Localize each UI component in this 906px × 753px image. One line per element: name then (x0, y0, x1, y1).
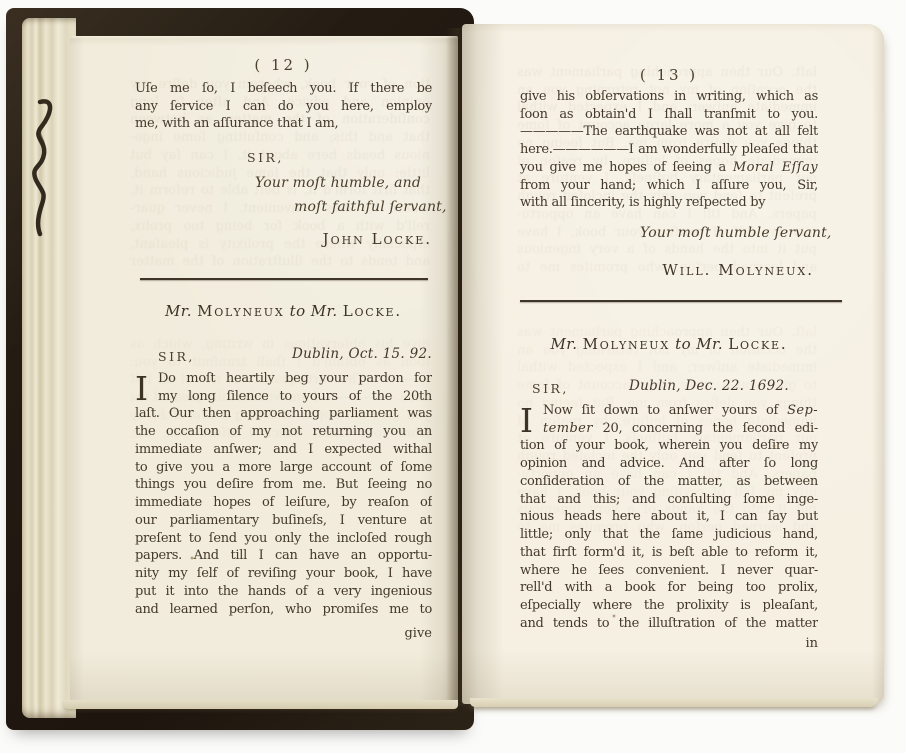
section-rule (140, 278, 428, 280)
text-line: conſideration of the matter, as between (520, 473, 818, 491)
text-line: things you deſire from me. But ſeeing no (135, 476, 432, 494)
text-line: —————The earthquake was not at all felt (520, 123, 818, 141)
catchword: in (805, 636, 818, 651)
text-line: from your hand; which I aſſure you, Sir, (520, 177, 818, 195)
signature-will-molyneux: Will. Molyneux. (662, 261, 814, 279)
page-bottom-edge (470, 698, 878, 707)
text-line: nious heads here about it, I can ſay but (520, 508, 818, 526)
foxing-speck (772, 444, 776, 448)
closing-paragraph: give his obſervations in writing, which … (520, 88, 818, 194)
text-line: nity my ſelf of reviſing your book, I ha… (135, 565, 432, 583)
letter-body-lines: tion of your book, wherein you deſire my… (520, 437, 818, 632)
text-line: preſent to ſend you only the incloſed ro… (135, 530, 432, 548)
closing-paragraph-last-line: me, with an aſſurance that I am, (135, 115, 432, 133)
text-line: give his obſervations in writing, which … (520, 88, 818, 106)
letter-body-indented-lines: Do moſt heartily beg your pardon formy l… (135, 370, 432, 405)
text-line: any ſervice I can do you here, employ (135, 98, 432, 116)
text-line: and learned perſon, who promiſes me to (135, 601, 432, 619)
text-line: put it into the hands of a very ingeniou… (517, 241, 817, 259)
text-line: immediate hopes of leiſure, by reaſon of (135, 494, 432, 512)
dateline: Dublin, Dec. 22. 1692. (629, 378, 789, 394)
text-line: our parliamentary buſineſs, I venture at (135, 512, 432, 530)
text-line: that and this; and conſulting ſome inge- (520, 491, 818, 509)
salutation: SIR, (532, 381, 569, 396)
text-line: little; only that the ſame judicious han… (520, 526, 818, 544)
letter-body: I Now ſit down to anſwer yours of Sep-te… (520, 402, 818, 633)
text-line: the occaſion of my not returning you an (135, 423, 432, 441)
letter-body-lines: laſt. Our then approaching parliament wa… (135, 405, 432, 618)
foxing-speck (190, 556, 194, 560)
book-photo: tion of your book, wherein you deſire my… (0, 0, 906, 753)
closing-paragraph: Uſe me ſo, I beſeech you. If there beany… (135, 80, 432, 115)
letter-heading: Mr. Molyneux to Mr. Locke. (520, 335, 818, 353)
text-line: Now ſit down to anſwer yours of Sep- (543, 402, 818, 420)
section-rule (520, 300, 842, 302)
salutation: SIR, (158, 349, 195, 364)
page-number: ( 13 ) (520, 66, 818, 84)
text-line: here.——————I am wonderfully pleaſed that (520, 141, 818, 159)
text-line: tember 20, concerning the ſecond edi- (543, 420, 818, 438)
text-line: that firſt form'd it, is beſt able to re… (520, 544, 818, 562)
text-line: to give you a more large account of ſome (135, 459, 432, 477)
catchword: give (404, 626, 432, 641)
text-line: and tends to the illuſtration of the mat… (520, 615, 818, 633)
page-bottom-edge (62, 700, 458, 709)
letter-heading: Mr. Molyneux to Mr. Locke. (135, 302, 432, 320)
salutation: SIR, (247, 150, 284, 165)
text-line: papers. And till I can have an opportu- (135, 547, 432, 565)
text-line: and tends to the illuſtration of the mat… (130, 253, 430, 271)
text-line: immediate anſwer; and I expected withal (135, 441, 432, 459)
letter-body-indented-lines: Now ſit down to anſwer yours of Sep-temb… (520, 402, 818, 437)
ribbon-mark (16, 96, 76, 256)
foxing-speck (612, 614, 616, 618)
text-line: ſoon as obtain'd I ſhall tranſmit to you… (520, 106, 818, 124)
valediction: Your moſt humble ſervant, (640, 225, 832, 241)
valediction-line-2: moſt faithful ſervant, (294, 199, 447, 215)
valediction-line-1: Your moſt humble, and (255, 175, 421, 191)
text-line: eſpecially where the prolixity is pleaſa… (520, 597, 818, 615)
text-line: immediate anſwer; and I expected withal (517, 359, 817, 377)
page-number: ( 12 ) (135, 56, 432, 74)
text-line: Do moſt heartily beg your pardon for (158, 370, 432, 388)
text-line: laſt. Our then approaching parliament wa… (135, 405, 432, 423)
dateline: Dublin, Oct. 15. 92. (292, 346, 432, 362)
text-line: you give me hopes of ſeeing a Moral Eſſa… (520, 159, 818, 177)
text-line: opinion and advice. And after ſo long (520, 455, 818, 473)
right-page: laſt. Our then approaching parliament wa… (462, 24, 884, 704)
text-line: rell'd with a book for being too prolix, (520, 579, 818, 597)
signature-john-locke: John Locke. (323, 230, 432, 248)
text-line: Uſe me ſo, I beſeech you. If there be (135, 80, 432, 98)
text-line: put it into the hands of a very ingeniou… (135, 583, 432, 601)
letter-body: I Do moſt heartily beg your pardon formy… (135, 370, 432, 618)
left-page: tion of your book, wherein you deſire my… (70, 36, 458, 706)
text-line: where he ſees convenient. I never quar- (520, 562, 818, 580)
closing-paragraph-last-line: with all ſincerity, is highly reſpected … (520, 194, 818, 212)
text-line: my long ſilence to yours of the 20th (158, 388, 432, 406)
